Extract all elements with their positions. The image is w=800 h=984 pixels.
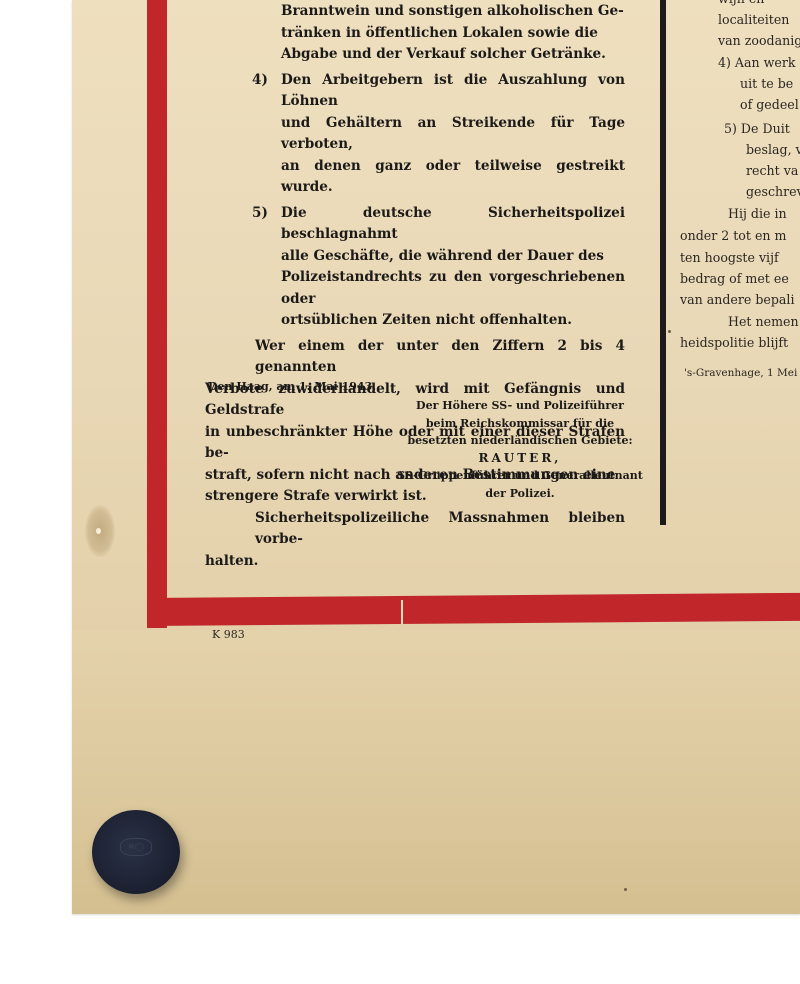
item-3-continuation: Branntwein und sonstigen alkoholischen G… [205, 0, 625, 66]
signature-title-line: beim Reichskommissar für die [380, 415, 660, 433]
signature-title-line: Der Höhere SS- und Polizeiführer [380, 397, 660, 415]
text-line: recht va [746, 160, 798, 182]
text-line: Den Arbeitgebern ist die Auszahlung von … [281, 70, 625, 113]
text-line: ortsüblichen Zeiten nicht offenhalten. [281, 310, 625, 332]
signatory-name: RAUTER, [380, 450, 660, 468]
item-5: 5) Die deutsche Sicherheitspolizei besch… [205, 203, 625, 332]
text-line: 5) De Duit [724, 118, 790, 140]
item-number: 4) [252, 70, 268, 92]
text-line: Branntwein und sonstigen alkoholischen G… [281, 1, 625, 23]
item-4: 4) Den Arbeitgebern ist die Auszahlung v… [205, 70, 625, 199]
text-line: und Gehältern an Streikende für Tage ver… [281, 113, 625, 156]
red-border-left [147, 0, 167, 628]
print-code: K 983 [212, 628, 245, 641]
text-line: halten. [205, 551, 625, 573]
text-line: Hij die in [728, 203, 787, 225]
text-line: Polizeistandrechts zu den vorgeschrieben… [281, 267, 625, 310]
text-line: van andere bepali [680, 289, 795, 311]
column-divider-rule [660, 0, 666, 525]
display-pin-magnet: ≋◯ [92, 810, 180, 894]
signatory-rank: SS-Gruppenführer und Generalleutnant [380, 467, 660, 485]
text-line: uit te be [740, 73, 793, 95]
text-line: van zoodanige [718, 30, 800, 52]
text-line: bedrag of met ee [680, 268, 789, 290]
pin-logo-icon: ≋◯ [120, 838, 152, 856]
text-line: Wer einem der unter den Ziffern 2 bis 4 … [205, 336, 625, 379]
paper-speck [624, 888, 627, 891]
signature-block: Der Höhere SS- und Polizeiführer beim Re… [380, 397, 660, 502]
text-line: onder 2 tot en m [680, 225, 786, 247]
text-line: heidspolitie blijft [680, 332, 788, 354]
signature-title-line: besetzten niederländischen Gebiete: [380, 432, 660, 450]
text-line: 4) Aan werk [718, 52, 796, 74]
text-line: ten hoogste vijf [680, 247, 779, 269]
text-line: of gedeel [740, 94, 799, 116]
red-border-bottom [147, 593, 800, 626]
item-number: 5) [252, 203, 268, 225]
red-border-seam [401, 600, 403, 624]
poster-lower-margin [72, 630, 800, 914]
text-line: Sicherheitspolizeiliche Massnahmen bleib… [205, 508, 625, 551]
text-line: beslag, v [746, 139, 800, 161]
text-line: Die deutsche Sicherheitspolizei beschlag… [281, 203, 625, 246]
text-line: Het nemen [728, 311, 799, 333]
signatory-rank: der Polizei. [380, 485, 660, 503]
text-line: tränken in öffentlichen Lokalen sowie di… [281, 23, 625, 45]
text-line: alle Geschäfte, die während der Dauer de… [281, 246, 625, 268]
reserve-paragraph: Sicherheitspolizeiliche Massnahmen bleib… [205, 508, 625, 573]
paper-speck [668, 330, 671, 333]
text-line: Abgabe und der Verkauf solcher Getränke. [281, 44, 625, 66]
date-line-dutch: 's-Gravenhage, 1 Mei [684, 363, 797, 385]
text-line: geschrev [746, 181, 800, 203]
text-line: localiteiten [718, 9, 789, 31]
date-line: Den Haag, am 1. Mai 1943. [208, 380, 376, 393]
text-line: an denen ganz oder teilweise gestreikt w… [281, 156, 625, 199]
pin-hole [96, 528, 101, 534]
